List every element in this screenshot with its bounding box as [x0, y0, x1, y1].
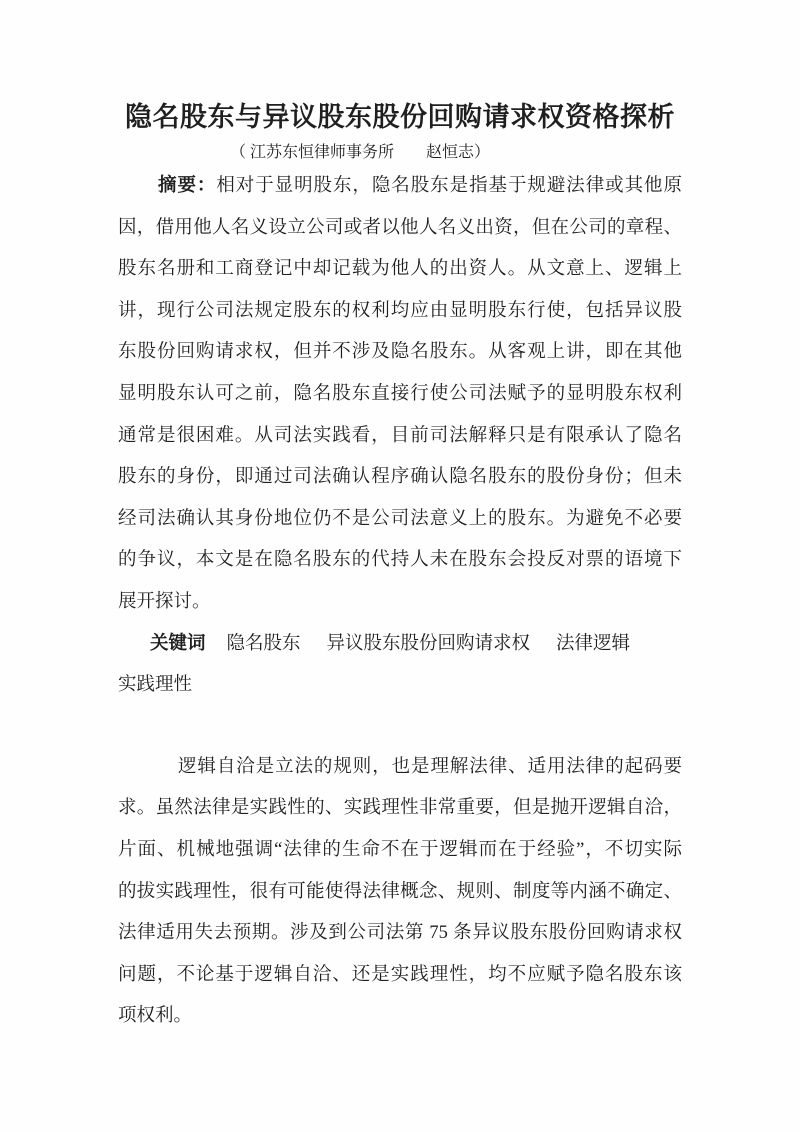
- keywords-label: 关键词: [150, 634, 206, 654]
- abstract-line: 摘要：相对于显明股东，隐名股东是指基于规避法律或其他原: [118, 166, 682, 208]
- abstract-section: 摘要：相对于显明股东，隐名股东是指基于规避法律或其他原 因，借用他人名义设立公司…: [118, 166, 682, 624]
- body-line: 求。虽然法律是实践性的、实践理性非常重要，但是抛开逻辑自洽，: [118, 788, 682, 830]
- keywords-section: 关键词隐名股东异议股东股份回购请求权法律逻辑 实践理性: [118, 624, 682, 707]
- abstract-line: 通常是很困难。从司法实践看，目前司法解释只是有限承认了隐名: [118, 416, 682, 458]
- body-line: 项权利。: [118, 996, 682, 1038]
- abstract-line: 因，借用他人名义设立公司或者以他人名义出资，但在公司的章程、: [118, 208, 682, 250]
- body-line: 逻辑自洽是立法的规则，也是理解法律、适用法律的起码要: [118, 747, 682, 789]
- body-line: 法律适用失去预期。涉及到公司法第 75 条异议股东股份回购请求权: [118, 913, 682, 955]
- body-line: 问题，不论基于逻辑自洽、还是实践理性，均不应赋予隐名股东该: [118, 955, 682, 997]
- body-paragraph: 逻辑自洽是立法的规则，也是理解法律、适用法律的起码要 求。虽然法律是实践性的、实…: [118, 747, 682, 1038]
- abstract-label: 摘要：: [158, 176, 216, 196]
- keyword-item: 异议股东股份回购请求权: [327, 634, 531, 654]
- body-line: 片面、机械地强调“法律的生命不在于逻辑而在于经验”，不切实际: [118, 830, 682, 872]
- keyword-item: 法律逻辑: [556, 634, 630, 654]
- abstract-line: 股东名册和工商登记中却记载为他人的出资人。从文意上、逻辑上: [118, 249, 682, 291]
- abstract-line-text: 相对于显明股东，隐名股东是指基于规避法律或其他原: [216, 176, 682, 196]
- abstract-line: 讲，现行公司法规定股东的权利均应由显明股东行使，包括异议股: [118, 291, 682, 333]
- keyword-item: 隐名股东: [227, 634, 301, 654]
- paragraph-gap: [118, 707, 682, 747]
- byline: （ 江苏东恒律师事务所 赵恒志）: [78, 142, 642, 164]
- abstract-line: 经司法确认其身份地位仍不是公司法意义上的股东。为避免不必要: [118, 499, 682, 541]
- document-title: 隐名股东与异议股东股份回购请求权资格探析: [118, 0, 682, 136]
- keyword-item: 实践理性: [118, 675, 192, 695]
- abstract-line: 股东的身份，即通过司法确认程序确认隐名股东的股份身份；但未: [118, 457, 682, 499]
- abstract-line: 的争议，本文是在隐名股东的代持人未在股东会投反对票的语境下: [118, 540, 682, 582]
- abstract-line: 展开探讨。: [118, 582, 682, 624]
- document-page: 隐名股东与异议股东股份回购请求权资格探析 （ 江苏东恒律师事务所 赵恒志） 摘要…: [0, 0, 800, 1132]
- text-column: 隐名股东与异议股东股份回购请求权资格探析 （ 江苏东恒律师事务所 赵恒志） 摘要…: [118, 0, 682, 1038]
- abstract-line: 显明股东认可之前，隐名股东直接行使公司法赋予的显明股东权利: [118, 374, 682, 416]
- abstract-line: 东股份回购请求权，但并不涉及隐名股东。从客观上讲，即在其他: [118, 332, 682, 374]
- keywords-line: 实践理性: [118, 665, 682, 707]
- keywords-line: 关键词隐名股东异议股东股份回购请求权法律逻辑: [118, 624, 682, 666]
- body-line: 的拔实践理性，很有可能使得法律概念、规则、制度等内涵不确定、: [118, 872, 682, 914]
